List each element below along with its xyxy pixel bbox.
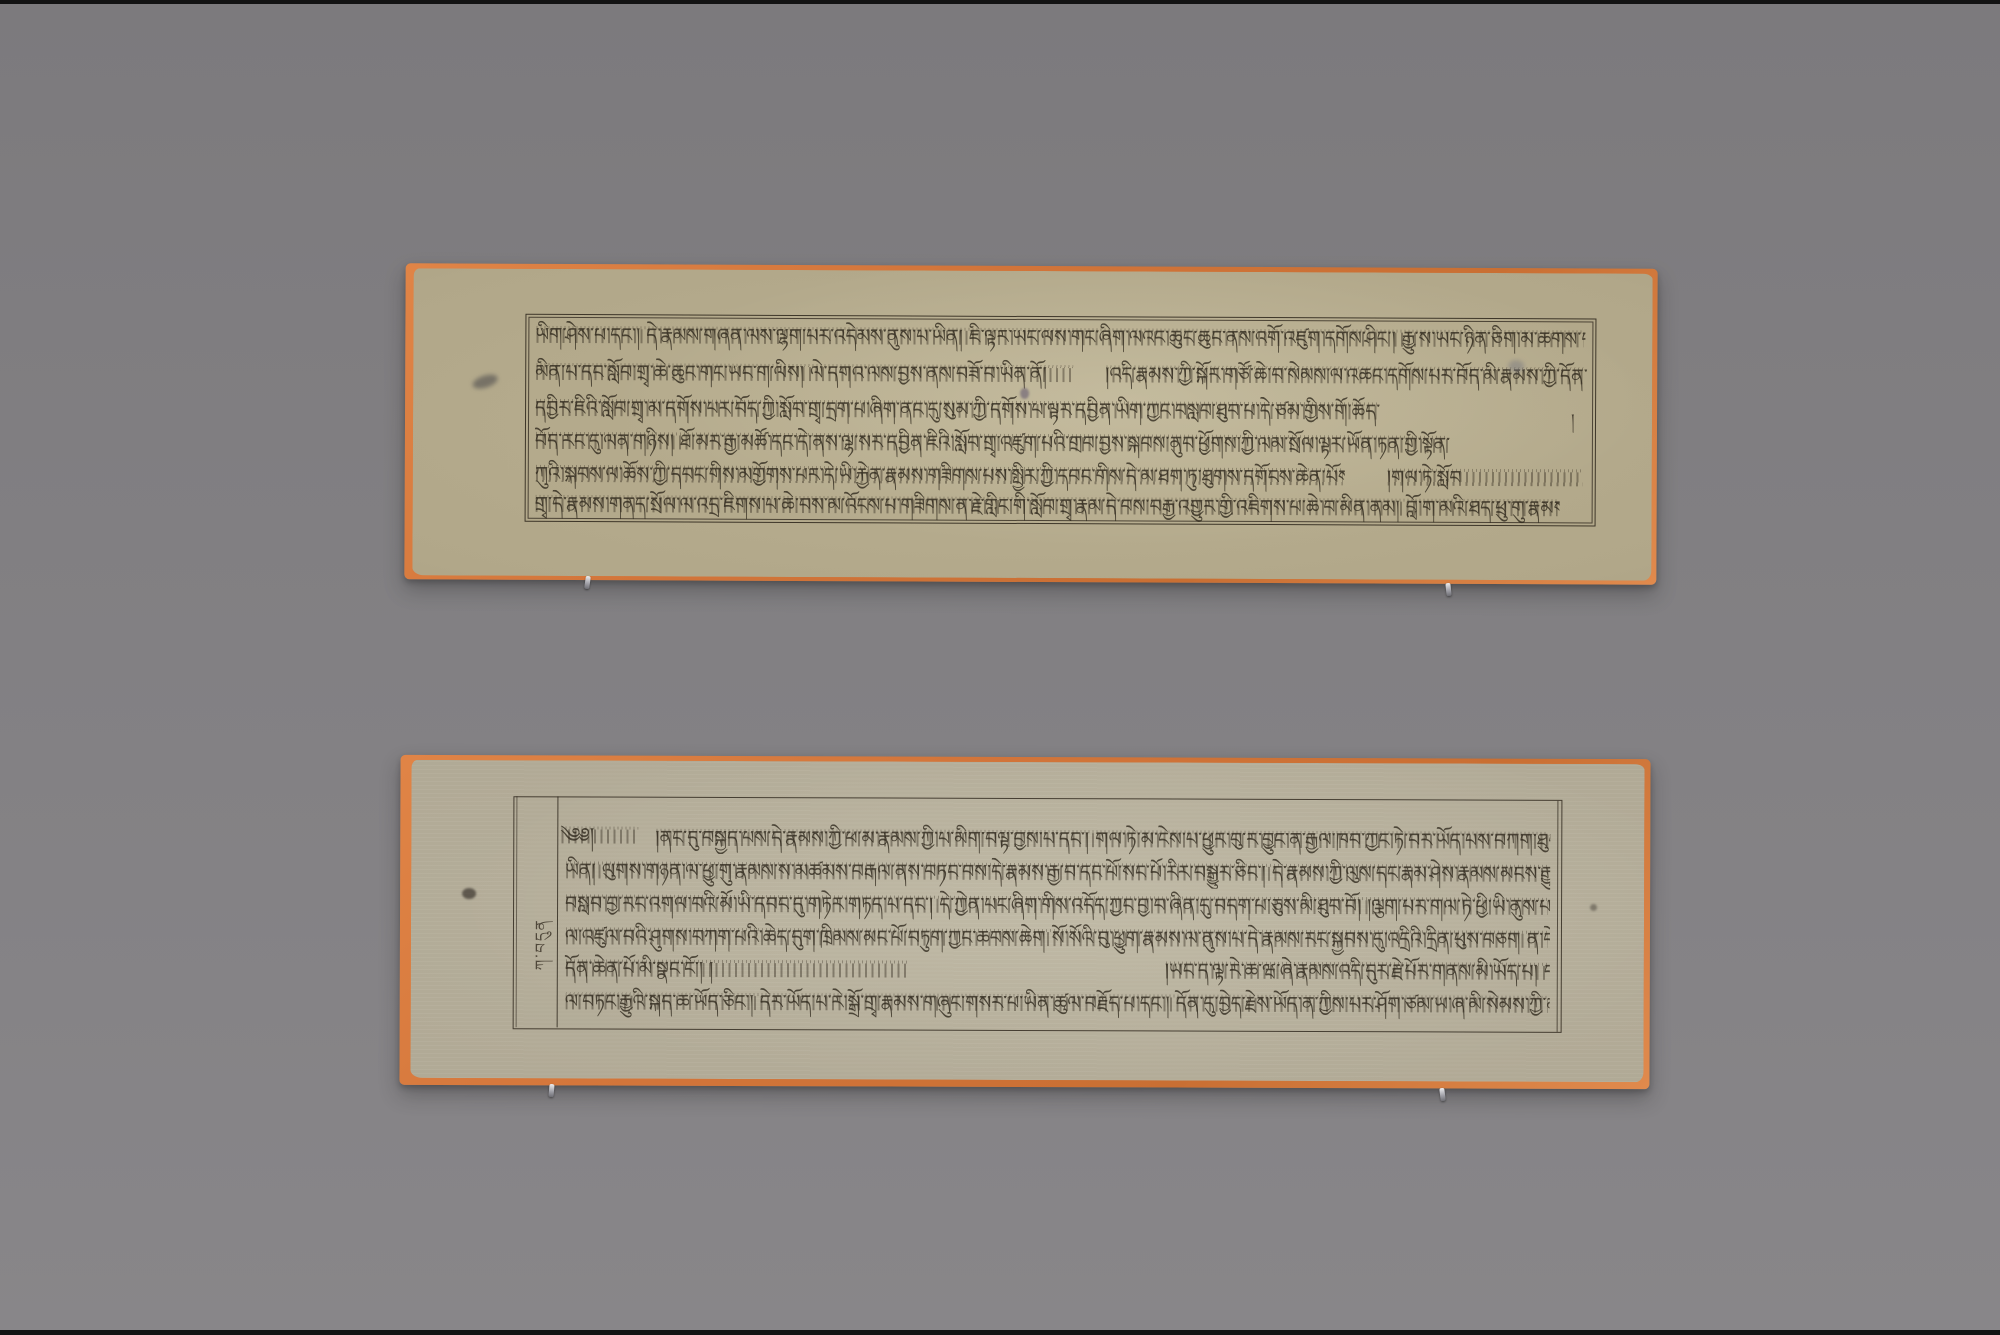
right-margin-shad-mark: །	[1571, 402, 1575, 447]
text-line: དོན་ཆེན་པོ་མི་སྣང་ངོ་། །	[565, 954, 910, 985]
text-line: དབྱིར་ཇིའི་སློབ་གྲྭ་མ་དགོས་པར་བོད་ཀྱི་སླ…	[535, 394, 1380, 428]
text-line: བསླབ་བྱ་རང་འགལ་བའི་མོ་ཡི་དབང་དུ་གཏེར་གཏད…	[565, 889, 1550, 922]
text-line: ལ་བཏང་རྒྱུའི་སྐད་ཆ་ཡོད་ཅིང་། དེར་ཡོད་པ་ར…	[565, 987, 1550, 1020]
text-line: གྲྭ་དེ་རྣམས་གནད་སྲོལ་ལ་འདྲ་ཇིགས་པ་ཆེ་བས་…	[535, 490, 1560, 524]
text-line: ཡིན། ལུགས་གཉན་ལ་ཕྱུ་གུ་རྣམས་ས་མཚམས་བརྒལ་…	[565, 856, 1550, 889]
margin-folio-label: ཀ་བདུན	[520, 870, 562, 970]
mounting-pin	[584, 576, 591, 590]
yig-mgo-head-mark: ༄༅།	[560, 821, 640, 851]
mounting-pin	[548, 1084, 554, 1097]
stain	[1590, 904, 1597, 911]
film-bar-top	[0, 0, 2000, 4]
text-line: ཡིག་ཤེས་པ་དང་། དེ་རྣམས་གཞན་ལས་ལྷག་པར་འདེ…	[535, 321, 1585, 356]
text-line: ཀུའི་སྐབས་ལ་ཆོས་ཀྱི་དབང་གིས་མགྱོགས་པར་དེ…	[535, 460, 1345, 494]
stain	[1020, 388, 1029, 399]
text-line: མིན་པ་དང་སློབ་གྲྭ་ཆེ་ཆུང་གང་ཡང་ག་ལིས། ལེ…	[535, 358, 1075, 390]
photograph: ཡིག་ཤེས་པ་དང་། དེ་རྣམས་གཞན་ལས་ལྷག་པར་འདེ…	[0, 0, 2000, 1335]
text-line: །གལ་ཏེ་སློབ	[1387, 464, 1585, 495]
manuscript-leaf-top: ཡིག་ཤེས་པ་དང་། དེ་རྣམས་གཞན་ལས་ལྷག་པར་འདེ…	[404, 263, 1657, 584]
text-line: ལ་འཛུལ་བའི་ཤུགས་བཀག་པའི་ཆེད་དུག་ཁྲིམས་མང…	[565, 922, 1550, 955]
text-line: བོད་རང་དུ་ལན་གཉིས། ཐོ་མར་རྒྱ་མཚོ་དང་དེ་ན…	[535, 427, 1450, 461]
mounting-pin	[1439, 1088, 1446, 1102]
film-bar-bottom	[0, 1330, 2000, 1335]
stain	[462, 888, 476, 899]
mounting-pin	[1445, 583, 1451, 596]
text-line: །ཡང་ད་ལྟ་རེ་ཆ་ཝ་ཞེ་རྣམས་འདི་དུར་རྗེ་པོར་…	[1165, 956, 1550, 987]
text-line: །ནང་དུ་བསྐྱད་པས་དེ་རྣམས་ཀྱི་ཕ་མ་རྣམས་ཀྱི…	[655, 824, 1550, 857]
manuscript-leaf-bottom: ཀ་བདུན ༄༅། །ནང་དུ་བསྐྱད་པས་དེ་རྣམས་ཀྱི་ཕ…	[399, 755, 1650, 1089]
stain	[1508, 360, 1524, 372]
